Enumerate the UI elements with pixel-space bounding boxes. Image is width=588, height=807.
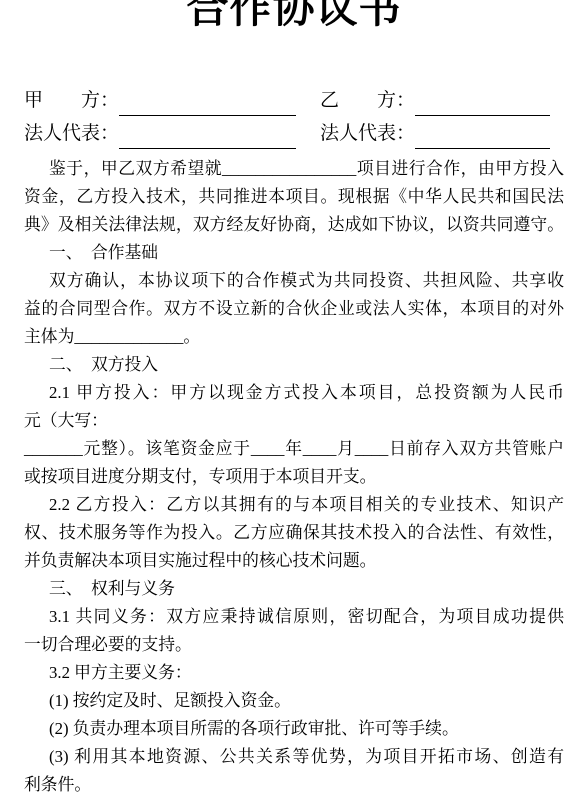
body-line: (2) 负责办理本项目所需的各项行政审批、许可等手续。	[24, 715, 564, 743]
body-line: 2.2 乙方投入：乙方以其拥有的与本项目相关的专业技术、知识产	[24, 491, 564, 519]
body-line: 一、 合作基础	[24, 239, 564, 267]
body-line: 鉴于，甲乙双方希望就________________项目进行合作，由甲方投入	[24, 155, 564, 183]
body-line: 主体为_____________。	[24, 323, 564, 351]
legal-rep-b-label: 法人代表：	[320, 119, 415, 149]
body-line: 益的合同型合作。双方不设立新的合伙企业或法人实体，本项目的对外	[24, 295, 564, 323]
legal-rep-a-label: 法人代表：	[24, 119, 119, 149]
party-b-blank-line[interactable]	[415, 86, 550, 116]
legal-rep-a-blank-line[interactable]	[119, 119, 296, 149]
body-line: 元（大写：	[24, 407, 564, 435]
parties-section: 甲 方： 乙 方： 法人代表： 法人代表：	[24, 83, 564, 149]
body-line: _______元整）。该笔资金应于____年____月____日前存入双方共管账…	[24, 435, 564, 463]
body-line: 2.1 甲方投入：甲方以现金方式投入本项目，总投资额为人民币	[24, 379, 564, 407]
document-page: 合作协议书 甲 方： 乙 方： 法人代表： 法人代表： 鉴于，甲乙双方希望就__…	[0, 0, 588, 807]
body-line: 资金，乙方投入技术，共同推进本项目。现根据《中华人民共和国民法	[24, 183, 564, 211]
legal-rep-a-field: 法人代表：	[24, 116, 296, 149]
body-line: 一切合理必要的支持。	[24, 631, 564, 659]
body-line: (3) 利用其本地资源、公共关系等优势，为项目开拓市场、创造有	[24, 743, 564, 771]
body-line: 利条件。	[24, 771, 564, 799]
body-line: 或按项目进度分期支付，专项用于本项目开支。	[24, 463, 564, 491]
party-a-field: 甲 方：	[24, 83, 296, 116]
party-a-label: 甲 方：	[24, 86, 119, 116]
party-row-names: 甲 方： 乙 方：	[24, 83, 564, 116]
body-line: 典》及相关法律法规，双方经友好协商，达成如下协议，以资共同遵守。	[24, 211, 564, 239]
body-line: 权、技术服务等作为投入。乙方应确保其技术投入的合法性、有效性，	[24, 519, 564, 547]
body-line: 二、 双方投入	[24, 351, 564, 379]
party-a-blank-line[interactable]	[119, 86, 296, 116]
body-line: 三、 权利与义务	[24, 575, 564, 603]
body-line: 并负责解决本项目实施过程中的核心技术问题。	[24, 547, 564, 575]
party-b-field: 乙 方：	[320, 83, 564, 116]
legal-rep-b-blank-line[interactable]	[415, 119, 550, 149]
party-b-label: 乙 方：	[320, 86, 415, 116]
body-line: 3.2 甲方主要义务：	[24, 659, 564, 687]
body-line: 3.1 共同义务：双方应秉持诚信原则，密切配合，为项目成功提供	[24, 603, 564, 631]
document-title: 合作协议书	[0, 0, 588, 30]
legal-rep-b-field: 法人代表：	[320, 116, 564, 149]
body-line: (1) 按约定及时、足额投入资金。	[24, 687, 564, 715]
party-row-legal-reps: 法人代表： 法人代表：	[24, 116, 564, 149]
body-line: 双方确认，本协议项下的合作模式为共同投资、共担风险、共享收	[24, 267, 564, 295]
agreement-body: 鉴于，甲乙双方希望就________________项目进行合作，由甲方投入资金…	[24, 155, 564, 799]
